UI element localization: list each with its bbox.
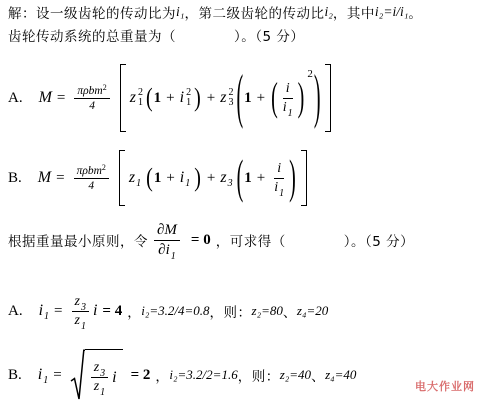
answer-b-line: B. i 1 = z3 z1 i = 2 ， i₂=3.2/2=1.6 ，则： … bbox=[8, 346, 356, 404]
question-1-points: ）。（5 分） bbox=[234, 25, 304, 45]
math-token: 3 bbox=[100, 368, 105, 379]
group-exponent: 2 bbox=[307, 68, 313, 80]
math-token: z bbox=[94, 379, 99, 394]
right-bracket bbox=[301, 150, 307, 206]
right-bracket bbox=[325, 64, 331, 132]
math-token: 1 bbox=[186, 98, 191, 109]
separator: ， bbox=[155, 365, 169, 385]
math-token: 1 bbox=[138, 98, 143, 109]
math-token: i bbox=[180, 169, 184, 187]
math-token: z bbox=[75, 313, 80, 328]
math-token: 1 bbox=[100, 387, 105, 398]
calc-i2: i₂=3.2/4=0.8 bbox=[141, 303, 209, 319]
math-token: 1 bbox=[81, 321, 86, 332]
left-paren: ( bbox=[146, 165, 153, 191]
math-token: 1 bbox=[288, 108, 293, 119]
math-token: 1 bbox=[136, 178, 141, 189]
answer-a-label: A. bbox=[8, 303, 23, 320]
question-2-text: 可求得（ bbox=[230, 230, 286, 250]
math-token: 2 bbox=[102, 163, 106, 172]
radical-icon bbox=[70, 349, 85, 401]
option-b-label: B. bbox=[8, 170, 22, 187]
question-2-text: 根据重量最小原则，令 bbox=[8, 230, 148, 250]
math-token: i bbox=[274, 161, 284, 179]
option-b-formula: B. M = πρbm2 4 z 1 ( 1 + i 1 ) + z 3 ( 1… bbox=[8, 146, 307, 210]
math-token: i bbox=[39, 302, 43, 320]
math-token: i bbox=[283, 81, 293, 99]
separator: ， bbox=[127, 301, 141, 321]
math-token: = 2 bbox=[131, 367, 151, 384]
math-token: 4 bbox=[88, 179, 94, 192]
question-1-text: 齿轮传动系统的总重量为（ bbox=[8, 25, 176, 45]
option-a-formula: A. M = πρbm2 4 z 21 ( 1 + i 21 ) + z 23 … bbox=[8, 56, 331, 140]
math-token: 2 bbox=[103, 83, 107, 92]
left-paren-big: ( bbox=[236, 68, 243, 128]
math-token: = bbox=[54, 303, 62, 320]
math-token: 1 bbox=[44, 311, 49, 322]
relation-i2: i₂=i/i₁ bbox=[375, 4, 409, 20]
math-token: z bbox=[94, 360, 99, 375]
math-token: = bbox=[53, 367, 61, 384]
math-token: i bbox=[283, 100, 287, 115]
right-paren: ) bbox=[194, 85, 201, 111]
math-token: ∂M bbox=[154, 222, 180, 241]
math-token: + bbox=[257, 170, 265, 187]
answer-a-line: A. i 1 = z3 z1 i = 4 ， i₂=3.2/4=0.8 ，则： … bbox=[8, 286, 328, 336]
intro-text: ，其中 bbox=[333, 2, 375, 22]
result-z4: z₄=40 bbox=[325, 367, 356, 383]
intro-line-1: 解：设一级齿轮的传动比为 i₁ ，第二级齿轮的传动比 i₂ ，其中 i₂=i/i… bbox=[8, 2, 422, 22]
math-token: 1 bbox=[171, 251, 176, 262]
math-token: ∂i bbox=[158, 242, 170, 258]
left-bracket bbox=[119, 150, 125, 206]
math-token: πρbm bbox=[77, 85, 102, 97]
right-paren: ) bbox=[194, 165, 201, 191]
math-token: 4 bbox=[89, 99, 95, 112]
math-token: 1 bbox=[244, 170, 252, 187]
math-token: M bbox=[39, 89, 52, 107]
left-bracket bbox=[120, 64, 126, 132]
coefficient-fraction: πρbm2 4 bbox=[74, 85, 109, 112]
supsub-i1: 21 bbox=[186, 86, 191, 110]
question-2-text: ， bbox=[216, 230, 230, 250]
math-token: + bbox=[166, 170, 174, 187]
intro-text: 。 bbox=[408, 2, 422, 22]
ratio-fraction: i i1 bbox=[274, 161, 284, 196]
sqrt-body: z3 z1 i bbox=[85, 349, 123, 401]
right-paren-mid: ) bbox=[298, 78, 305, 118]
separator: 、 bbox=[311, 365, 325, 385]
coefficient-fraction: πρbm2 4 bbox=[74, 165, 109, 192]
var-i2: i₂ bbox=[324, 4, 332, 20]
calc-i2: i₂=3.2/2=1.6 bbox=[169, 367, 237, 383]
math-token: 3 bbox=[81, 302, 86, 313]
then-text: ，则： bbox=[210, 301, 252, 321]
result-z2: z₂=80 bbox=[252, 303, 283, 319]
square-root: z3 z1 i bbox=[70, 349, 123, 401]
math-token: z bbox=[75, 294, 80, 309]
math-token: z bbox=[220, 169, 226, 187]
intro-text: ，第二级齿轮的传动比 bbox=[184, 2, 324, 22]
answer-b-label: B. bbox=[8, 367, 22, 384]
right-paren-big: ) bbox=[314, 68, 321, 128]
supsub-z3: 23 bbox=[228, 86, 233, 110]
math-token: + bbox=[257, 90, 265, 107]
math-token: = 0 bbox=[191, 232, 211, 249]
question-2-line: 根据重量最小原则，令 ∂M ∂i1 = 0 ， 可求得（ ）。（5 分） bbox=[8, 214, 414, 266]
math-token: 1 bbox=[154, 170, 162, 187]
watermark: 电大作业网 bbox=[415, 378, 475, 394]
left-paren-big: ( bbox=[237, 154, 244, 202]
math-token: 3 bbox=[228, 178, 233, 189]
left-paren: ( bbox=[146, 85, 153, 111]
var-i1: i₁ bbox=[176, 4, 184, 20]
right-paren-big: ) bbox=[289, 154, 296, 202]
math-token: + bbox=[207, 90, 215, 107]
option-a-label: A. bbox=[8, 90, 23, 107]
document-page: 解：设一级齿轮的传动比为 i₁ ，第二级齿轮的传动比 i₂ ，其中 i₂=i/i… bbox=[0, 0, 479, 407]
math-token: 1 bbox=[244, 90, 252, 107]
intro-text: 解：设一级齿轮的传动比为 bbox=[8, 2, 176, 22]
gear-ratio-fraction: z3 z1 bbox=[91, 360, 108, 395]
math-token: + bbox=[166, 90, 174, 107]
math-token: = 4 bbox=[102, 303, 122, 320]
then-text: ，则： bbox=[238, 365, 280, 385]
math-token: = bbox=[57, 90, 65, 107]
result-z4: z₄=20 bbox=[297, 303, 328, 319]
question-2-points: ）。（5 分） bbox=[344, 230, 414, 250]
math-token: z bbox=[129, 169, 135, 187]
math-token: 3 bbox=[228, 98, 233, 109]
partial-derivative-fraction: ∂M ∂i1 bbox=[154, 222, 180, 259]
math-token: i bbox=[93, 302, 97, 320]
math-token: = bbox=[56, 170, 64, 187]
supsub-z1: 21 bbox=[138, 86, 143, 110]
math-token: i bbox=[180, 89, 184, 107]
math-token: πρbm bbox=[77, 165, 102, 177]
math-token: 1 bbox=[279, 188, 284, 199]
math-token: i bbox=[112, 369, 116, 387]
math-token: i bbox=[38, 366, 42, 384]
ratio-fraction: i i1 bbox=[283, 81, 293, 116]
separator: 、 bbox=[283, 301, 297, 321]
intro-line-2: 齿轮传动系统的总重量为（ ）。（5 分） bbox=[8, 25, 304, 45]
result-z2: z₂=40 bbox=[280, 367, 311, 383]
math-token: M bbox=[38, 169, 51, 187]
left-paren-mid: ( bbox=[271, 78, 278, 118]
math-token: 1 bbox=[43, 375, 48, 386]
math-token: z bbox=[130, 89, 136, 107]
math-token: + bbox=[207, 170, 215, 187]
math-token: z bbox=[220, 89, 226, 107]
math-token: 1 bbox=[185, 178, 190, 189]
gear-ratio-fraction: z3 z1 bbox=[72, 294, 89, 329]
math-token: i bbox=[274, 180, 278, 195]
math-token: 1 bbox=[154, 90, 162, 107]
